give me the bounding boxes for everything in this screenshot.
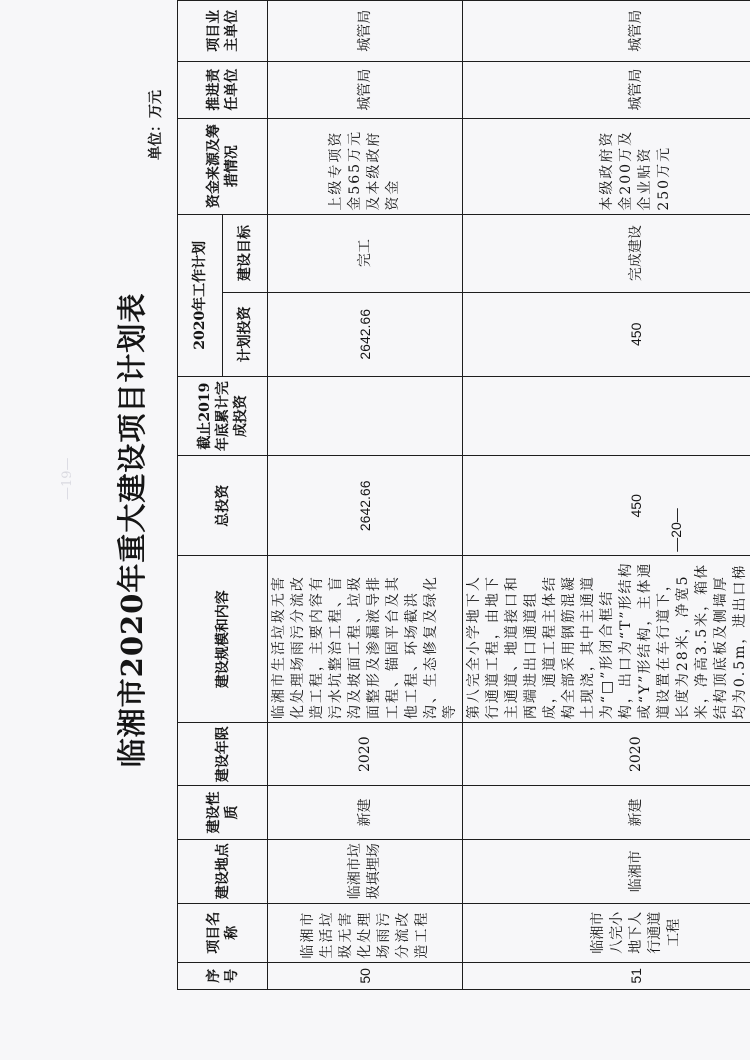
cell-name: 临湘市生活垃圾无害化处理场雨污分流改造工程 bbox=[268, 903, 463, 962]
cell-scope: 临湘市生活垃圾无害化处理场雨污分流改造工程，主要内容有污水坑整治工程、盲沟及坡面… bbox=[268, 556, 463, 723]
page-number: —20— bbox=[668, 0, 684, 1060]
cell-plan-investment: 2642.66 bbox=[268, 292, 463, 376]
header-plan-investment: 计划投资 bbox=[223, 292, 268, 376]
cell-completed-2019 bbox=[463, 376, 750, 455]
unit-label: 单位：万元 bbox=[145, 90, 165, 160]
cell-nature: 新建 bbox=[268, 786, 463, 839]
header-plan-target: 建设目标 bbox=[223, 214, 268, 292]
header-funding: 资金来源及筹措情况 bbox=[178, 118, 268, 214]
cell-plan-investment: 450 bbox=[463, 292, 750, 376]
cell-nature: 新建 bbox=[463, 786, 750, 839]
cell-total-investment: 450 bbox=[463, 456, 750, 556]
cell-location: 临湘市 bbox=[463, 839, 750, 903]
cell-responsible-unit: 城管局 bbox=[463, 61, 750, 118]
cell-funding: 本级政府资金200万及企业贴资250万元 bbox=[463, 118, 750, 214]
cell-seq: 51 bbox=[463, 962, 750, 989]
header-period: 建设年限 bbox=[178, 723, 268, 786]
table-header-row: 序号 项目名称 建设地点 建设性质 建设年限 建设规模和内容 总投资 截止201… bbox=[178, 1, 223, 990]
cell-owner-unit: 城管局 bbox=[268, 1, 463, 62]
cell-seq: 50 bbox=[268, 962, 463, 989]
header-location: 建设地点 bbox=[178, 839, 268, 903]
cell-location: 临湘市垃圾填埋场 bbox=[268, 839, 463, 903]
cell-name: 临湘市八完小地下人行通道工程 bbox=[463, 903, 750, 962]
header-completed-2019: 截止2019年底累计完成投资 bbox=[178, 376, 268, 455]
header-responsible-unit: 推进责任单位 bbox=[178, 61, 268, 118]
project-plan-table: 序号 项目名称 建设地点 建设性质 建设年限 建设规模和内容 总投资 截止201… bbox=[177, 0, 750, 990]
cell-responsible-unit: 城管局 bbox=[268, 61, 463, 118]
cell-scope: 第八完全小学地下人行通道工程，由地下主通道、地道接口和两端进出口通道组成，通道工… bbox=[463, 556, 750, 723]
header-name: 项目名称 bbox=[178, 903, 268, 962]
cell-period: 2020 bbox=[268, 723, 463, 786]
cell-total-investment: 2642.66 bbox=[268, 456, 463, 556]
header-seq: 序号 bbox=[178, 962, 268, 989]
table-row: 51 临湘市八完小地下人行通道工程 临湘市 新建 2020 第八完全小学地下人行… bbox=[463, 1, 750, 990]
header-total-investment: 总投资 bbox=[178, 456, 268, 556]
cell-funding: 上级专项资金565万元及本级政府资金 bbox=[268, 118, 463, 214]
table-row: 50 临湘市生活垃圾无害化处理场雨污分流改造工程 临湘市垃圾填埋场 新建 202… bbox=[268, 1, 463, 990]
cell-period: 2020 bbox=[463, 723, 750, 786]
header-owner-unit: 项目业主单位 bbox=[178, 1, 268, 62]
document-page: —19— 临湘市2020年重大建设项目计划表 单位：万元 序号 项目名称 建设地… bbox=[0, 0, 750, 1060]
header-scope: 建设规模和内容 bbox=[178, 556, 268, 723]
cell-owner-unit: 城管局 bbox=[463, 1, 750, 62]
cell-plan-target: 完工 bbox=[268, 214, 463, 292]
header-nature: 建设性质 bbox=[178, 786, 268, 839]
bleed-through-text: —19— bbox=[60, 457, 75, 500]
cell-completed-2019 bbox=[268, 376, 463, 455]
header-plan-2020: 2020年工作计划 bbox=[178, 214, 223, 376]
cell-plan-target: 完成建设 bbox=[463, 214, 750, 292]
